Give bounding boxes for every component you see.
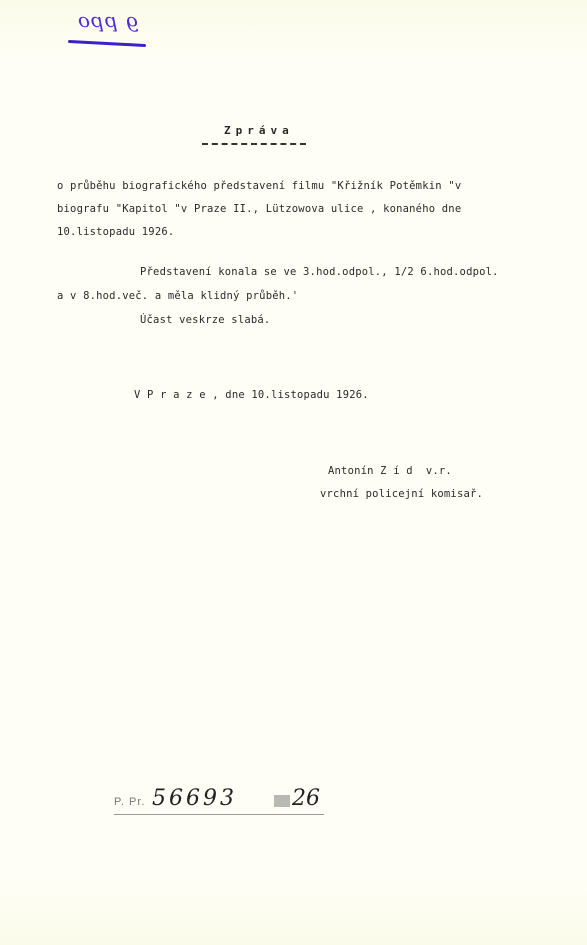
paragraph1-line2: biografu "Kapitol "v Praze II., Lützowov… [57, 203, 461, 215]
stamp-mark [274, 795, 290, 807]
stamp-number: 56693 [152, 786, 237, 811]
signature-name: Antonín Z í d v.r. [328, 465, 452, 477]
paragraph1-line1: o průběhu biografického představení film… [57, 180, 461, 192]
stamp-year: 26 [292, 786, 320, 811]
stamp-underline [114, 814, 324, 815]
title-underline [202, 143, 306, 145]
paragraph1-line3: 10.listopadu 1926. [57, 226, 174, 238]
document-title: Zpráva [224, 124, 294, 137]
signature-title: vrchní policejní komisař. [320, 488, 483, 500]
registry-stamp: P. Pr. 56693 26 [114, 786, 324, 816]
paragraph2-line3: Účast veskrze slabá. [140, 314, 270, 326]
document-page: odd 6 Zpráva o průběhu biografického pře… [0, 0, 587, 945]
paragraph2-line2: a v 8.hod.več. a měla klidný průběh.' [57, 290, 298, 302]
place-date-line: V P r a z e , dne 10.listopadu 1926. [134, 389, 369, 401]
paragraph2-line1: Představení konala se ve 3.hod.odpol., 1… [140, 266, 499, 278]
stamp-prefix: P. Pr. [114, 796, 145, 808]
handwritten-underline [68, 40, 146, 47]
handwritten-note: odd 6 [78, 12, 140, 36]
